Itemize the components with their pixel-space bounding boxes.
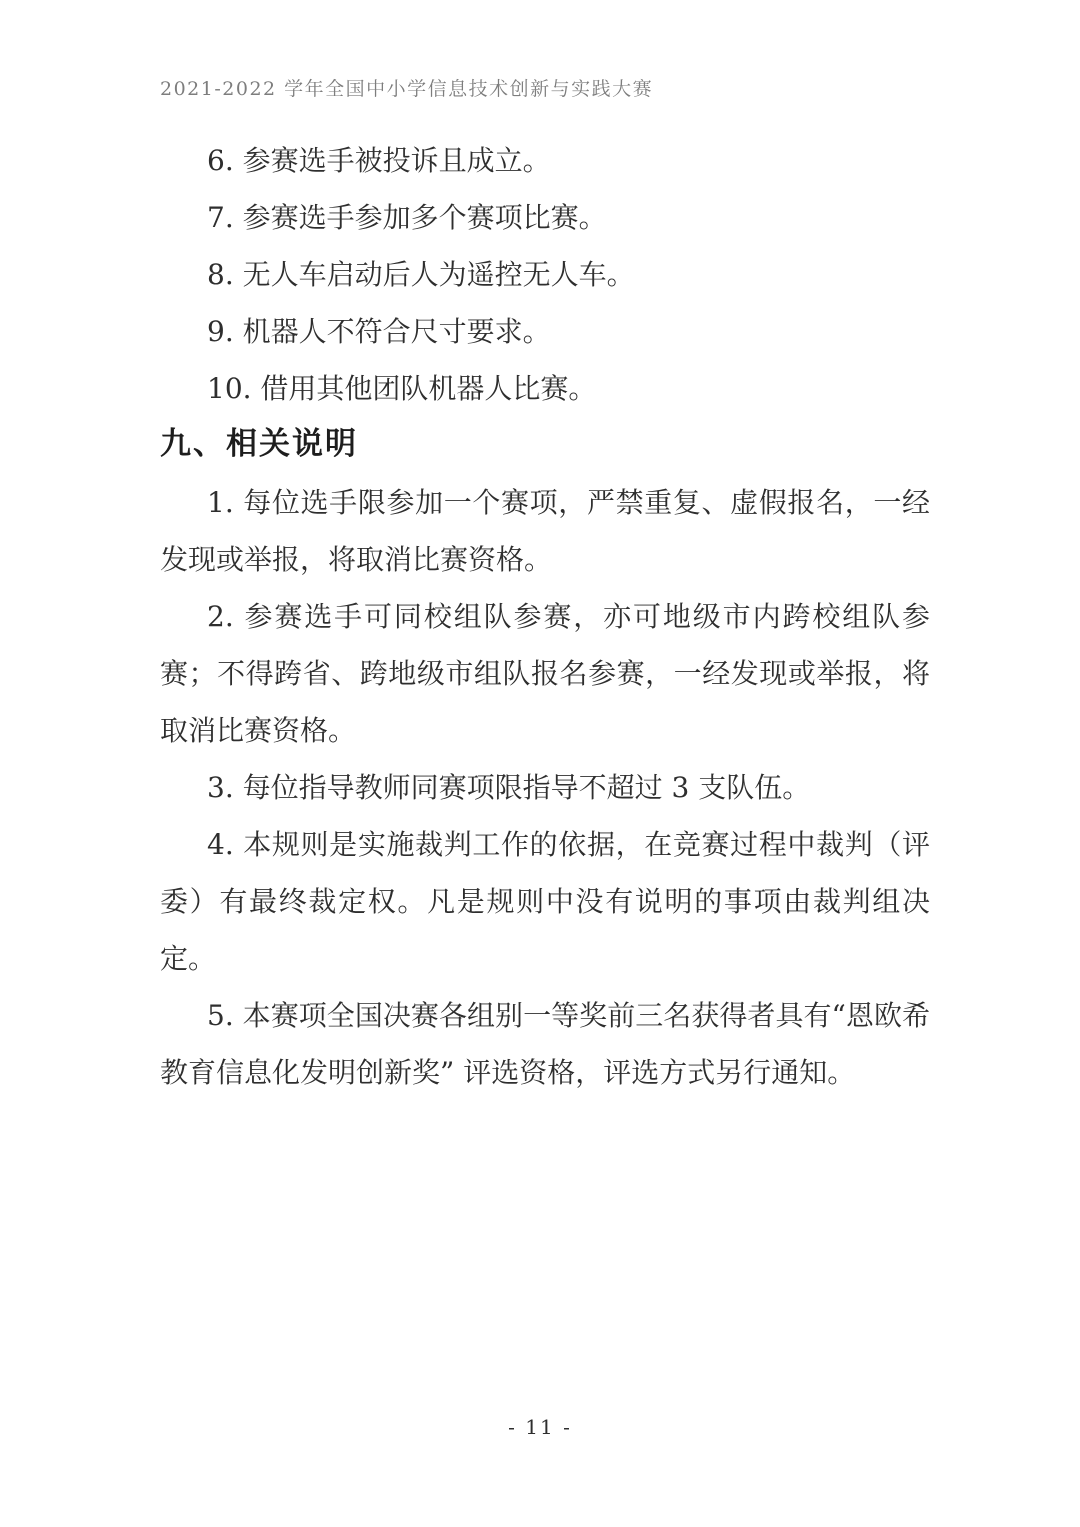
violation-item: 8. 无人车启动后人为遥控无人车。: [160, 246, 930, 303]
violation-list: 6. 参赛选手被投诉且成立。7. 参赛选手参加多个赛项比赛。8. 无人车启动后人…: [160, 132, 930, 417]
violation-item: 7. 参赛选手参加多个赛项比赛。: [160, 189, 930, 246]
notes-list: 1. 每位选手限参加一个赛项，严禁重复、虚假报名，一经发现或举报，将取消比赛资格…: [160, 474, 930, 1101]
note-paragraph: 2. 参赛选手可同校组队参赛，亦可地级市内跨校组队参赛；不得跨省、跨地级市组队报…: [160, 588, 930, 759]
document-header-title: 2021-2022 学年全国中小学信息技术创新与实践大赛: [160, 76, 930, 102]
note-paragraph: 3. 每位指导教师同赛项限指导不超过 3 支队伍。: [160, 759, 930, 816]
section-heading: 九、相关说明: [160, 422, 930, 466]
note-paragraph: 1. 每位选手限参加一个赛项，严禁重复、虚假报名，一经发现或举报，将取消比赛资格…: [160, 474, 930, 588]
page-number: - 11 -: [0, 1415, 1080, 1439]
page-content: 2021-2022 学年全国中小学信息技术创新与实践大赛 6. 参赛选手被投诉且…: [0, 0, 1080, 1101]
note-paragraph: 4. 本规则是实施裁判工作的依据，在竞赛过程中裁判（评委）有最终裁定权。凡是规则…: [160, 816, 930, 987]
note-paragraph: 5. 本赛项全国决赛各组别一等奖前三名获得者具有“恩欧希教育信息化发明创新奖” …: [160, 987, 930, 1101]
violation-item: 9. 机器人不符合尺寸要求。: [160, 303, 930, 360]
violation-item: 10. 借用其他团队机器人比赛。: [160, 360, 930, 417]
document-page: 2021-2022 学年全国中小学信息技术创新与实践大赛 6. 参赛选手被投诉且…: [0, 0, 1080, 1527]
violation-item: 6. 参赛选手被投诉且成立。: [160, 132, 930, 189]
